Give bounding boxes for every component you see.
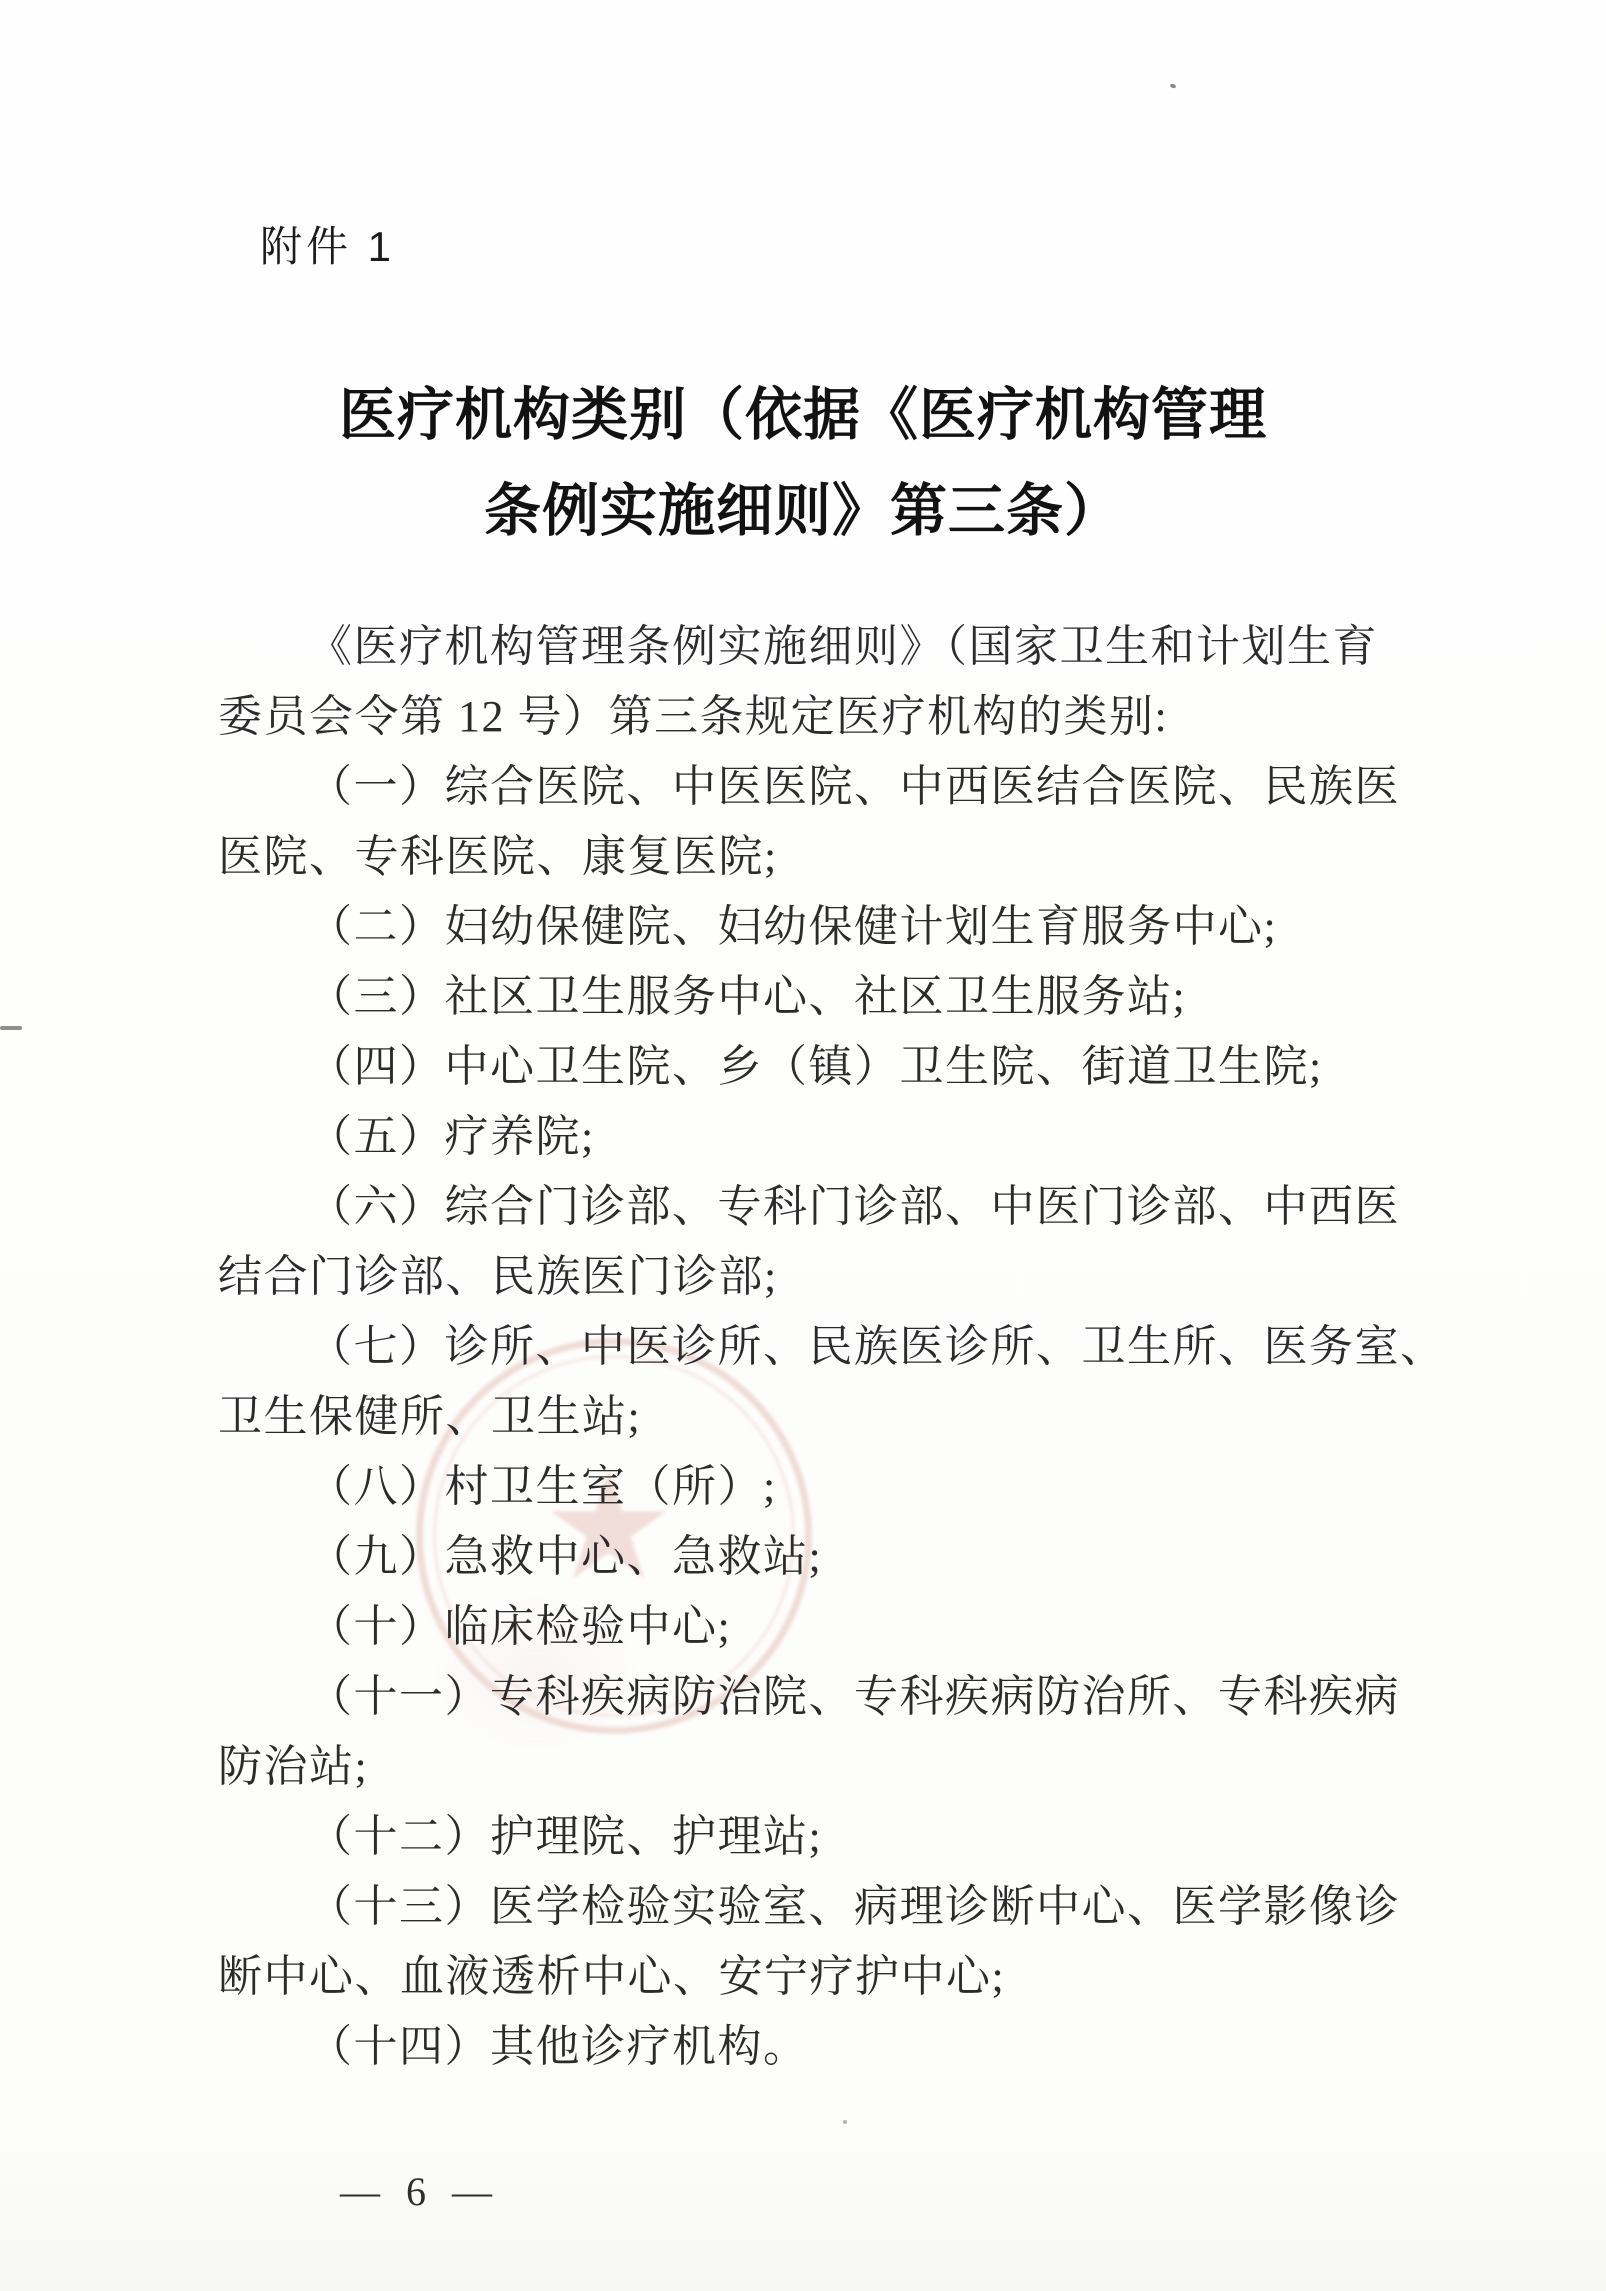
body-line-item-11b: 防治站;: [218, 1732, 1458, 1802]
body-line-item-4: （四）中心卫生院、乡（镇）卫生院、街道卫生院;: [218, 1032, 1458, 1102]
document-title: 医疗机构类别（依据《医疗机构管理 条例实施细则》第三条）: [0, 368, 1606, 560]
scanned-document-page: 附件 1 医疗机构类别（依据《医疗机构管理 条例实施细则》第三条） ★ 《医疗机…: [0, 0, 1606, 2291]
scan-artifact-speck: [843, 2120, 847, 2124]
body-line-item-2: （二）妇幼保健院、妇幼保健计划生育服务中心;: [218, 892, 1458, 962]
document-body: 《医疗机构管理条例实施细则》（国家卫生和计划生育 委员会令第 12 号）第三条规…: [218, 612, 1458, 2082]
body-line-intro-2: 委员会令第 12 号）第三条规定医疗机构的类别:: [218, 682, 1458, 752]
body-line-item-5: （五）疗养院;: [218, 1102, 1458, 1172]
document-title-line-1: 医疗机构类别（依据《医疗机构管理: [0, 368, 1606, 464]
body-line-item-11a: （十一）专科疾病防治院、专科疾病防治所、专科疾病: [218, 1662, 1458, 1732]
body-line-item-1a: （一）综合医院、中医医院、中西医结合医院、民族医: [218, 752, 1458, 822]
page-number: — 6 —: [300, 2168, 540, 2215]
attachment-label: 附件 1: [260, 214, 395, 274]
body-line-item-10: （十）临床检验中心;: [218, 1592, 1458, 1662]
body-line-item-6a: （六）综合门诊部、专科门诊部、中医门诊部、中西医: [218, 1172, 1458, 1242]
body-line-item-1b: 医院、专科医院、康复医院;: [218, 822, 1458, 892]
body-line-item-7b: 卫生保健所、卫生站;: [218, 1382, 1458, 1452]
body-line-item-12: （十二）护理院、护理站;: [218, 1802, 1458, 1872]
document-title-line-2: 条例实施细则》第三条）: [0, 464, 1606, 560]
body-line-item-6b: 结合门诊部、民族医门诊部;: [218, 1242, 1458, 1312]
body-line-item-7a: （七）诊所、中医诊所、民族医诊所、卫生所、医务室、: [218, 1312, 1458, 1382]
scan-artifact-edge-dash: [0, 1026, 22, 1030]
body-line-item-13a: （十三）医学检验实验室、病理诊断中心、医学影像诊: [218, 1872, 1458, 1942]
body-line-intro-1: 《医疗机构管理条例实施细则》（国家卫生和计划生育: [218, 612, 1458, 682]
body-line-item-14: （十四）其他诊疗机构。: [218, 2012, 1458, 2082]
body-line-item-8: （八）村卫生室（所）;: [218, 1452, 1458, 1522]
body-line-item-13b: 断中心、血液透析中心、安宁疗护中心;: [218, 1942, 1458, 2012]
body-line-item-3: （三）社区卫生服务中心、社区卫生服务站;: [218, 962, 1458, 1032]
scan-artifact-dot: [1169, 83, 1176, 89]
body-line-item-9: （九）急救中心、急救站;: [218, 1522, 1458, 1592]
